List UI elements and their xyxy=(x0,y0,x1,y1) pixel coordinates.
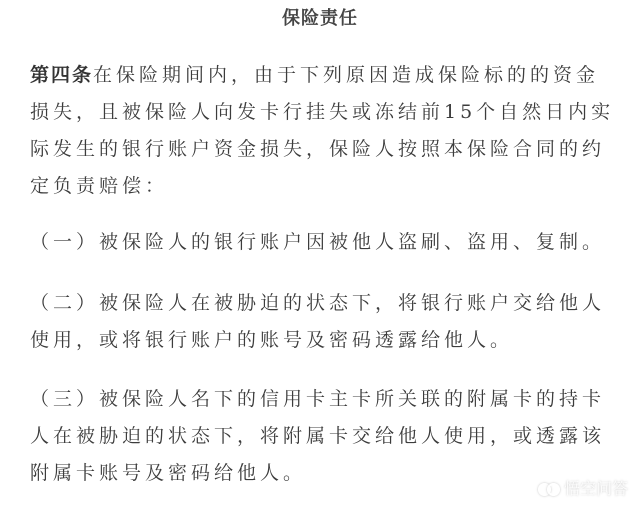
document-title: 保险责任 xyxy=(0,4,640,30)
clause-item-2: （二）被保险人在被胁迫的状态下，将银行账户交给他人使用，或将银行账户的账号及密码… xyxy=(30,285,620,359)
article-text: 在保险期间内，由于下列原因造成保险标的的资金损失，且被保险人向发卡行挂失或冻结前… xyxy=(30,64,614,197)
clause-item-1: （一）被保险人的银行账户因被他人盗刷、盗用、复制。 xyxy=(30,224,620,261)
article-label: 第四条 xyxy=(30,64,93,86)
wukong-logo-icon xyxy=(538,481,560,495)
clause-item-3: （三）被保险人名下的信用卡主卡所关联的附属卡的持卡人在被胁迫的状态下，将附属卡交… xyxy=(30,381,620,492)
watermark: 悟空问答 xyxy=(538,476,628,499)
article-paragraph: 第四条在保险期间内，由于下列原因造成保险标的的资金损失，且被保险人向发卡行挂失或… xyxy=(30,57,620,205)
watermark-text: 悟空问答 xyxy=(564,476,628,499)
